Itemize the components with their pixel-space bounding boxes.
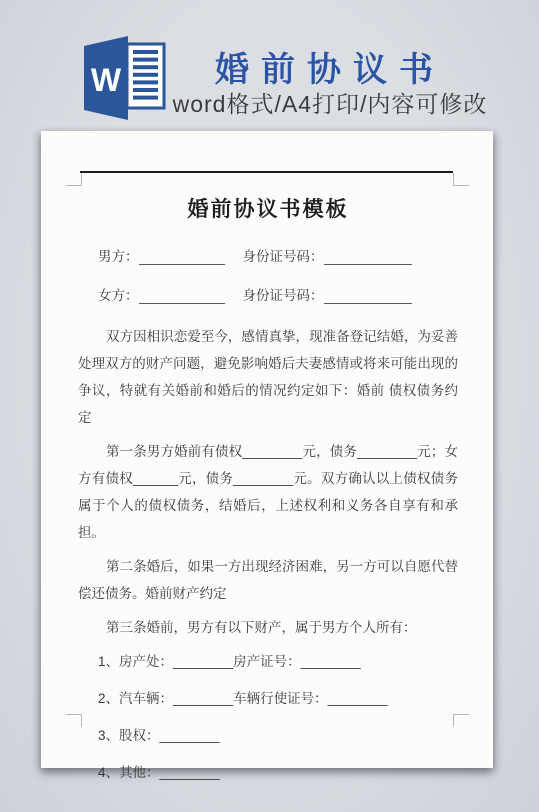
list-item-equity: 3、股权：________ <box>78 722 458 749</box>
name-label: 男方： <box>98 245 139 265</box>
preview-card: W 婚前协议书 word格式/A4打印/内容可修改 婚前协议书模板 男方： 身份… <box>0 0 539 812</box>
word-logo: W <box>82 34 166 122</box>
name-label: 女方： <box>98 284 139 304</box>
id-label: 身份证号码： <box>243 284 324 304</box>
list-item-property: 1、房产处：________房产证号：________ <box>78 648 458 675</box>
text-boundary-mark-top-left <box>66 173 82 186</box>
name-blank[interactable] <box>139 249 225 265</box>
document-content: 婚前协议书模板 男方： 身份证号码： 女方： 身份证号码： 双方因相识恋爱至今，… <box>78 193 458 796</box>
text-boundary-mark-top-right <box>453 173 469 186</box>
party-row-male: 男方： 身份证号码： <box>78 245 458 265</box>
header-title: 婚前协议书 <box>163 42 497 91</box>
list-item-other: 4、其他：________ <box>78 759 458 786</box>
party-row-female: 女方： 身份证号码： <box>78 284 458 304</box>
paragraph-intro: 双方因相识恋爱至今，感情真挚，现准备登记结婚，为妥善处理双方的财产问题，避免影响… <box>78 323 458 431</box>
document-title: 婚前协议书模板 <box>78 193 458 223</box>
document-page: 婚前协议书模板 男方： 身份证号码： 女方： 身份证号码： 双方因相识恋爱至今，… <box>41 131 493 768</box>
page-top-rule <box>80 171 453 173</box>
name-blank[interactable] <box>139 288 225 304</box>
header-subtitle: word格式/A4打印/内容可修改 <box>163 86 497 119</box>
paragraph-article-1: 第一条男方婚前有债权________元，债务________元；女方有债权___… <box>78 438 458 546</box>
id-blank[interactable] <box>324 249 412 265</box>
word-logo-letter: W <box>91 62 122 98</box>
word-logo-page <box>127 44 164 108</box>
list-item-vehicle: 2、汽车辆：________车辆行使证号：________ <box>78 685 458 712</box>
paragraph-article-3: 第三条婚前，男方有以下财产，属于男方个人所有： <box>78 614 458 641</box>
id-blank[interactable] <box>324 288 412 304</box>
id-label: 身份证号码： <box>243 245 324 265</box>
paragraph-article-2: 第二条婚后，如果一方出现经济困难，另一方可以自愿代替偿还债务。婚前财产约定 <box>78 553 458 607</box>
